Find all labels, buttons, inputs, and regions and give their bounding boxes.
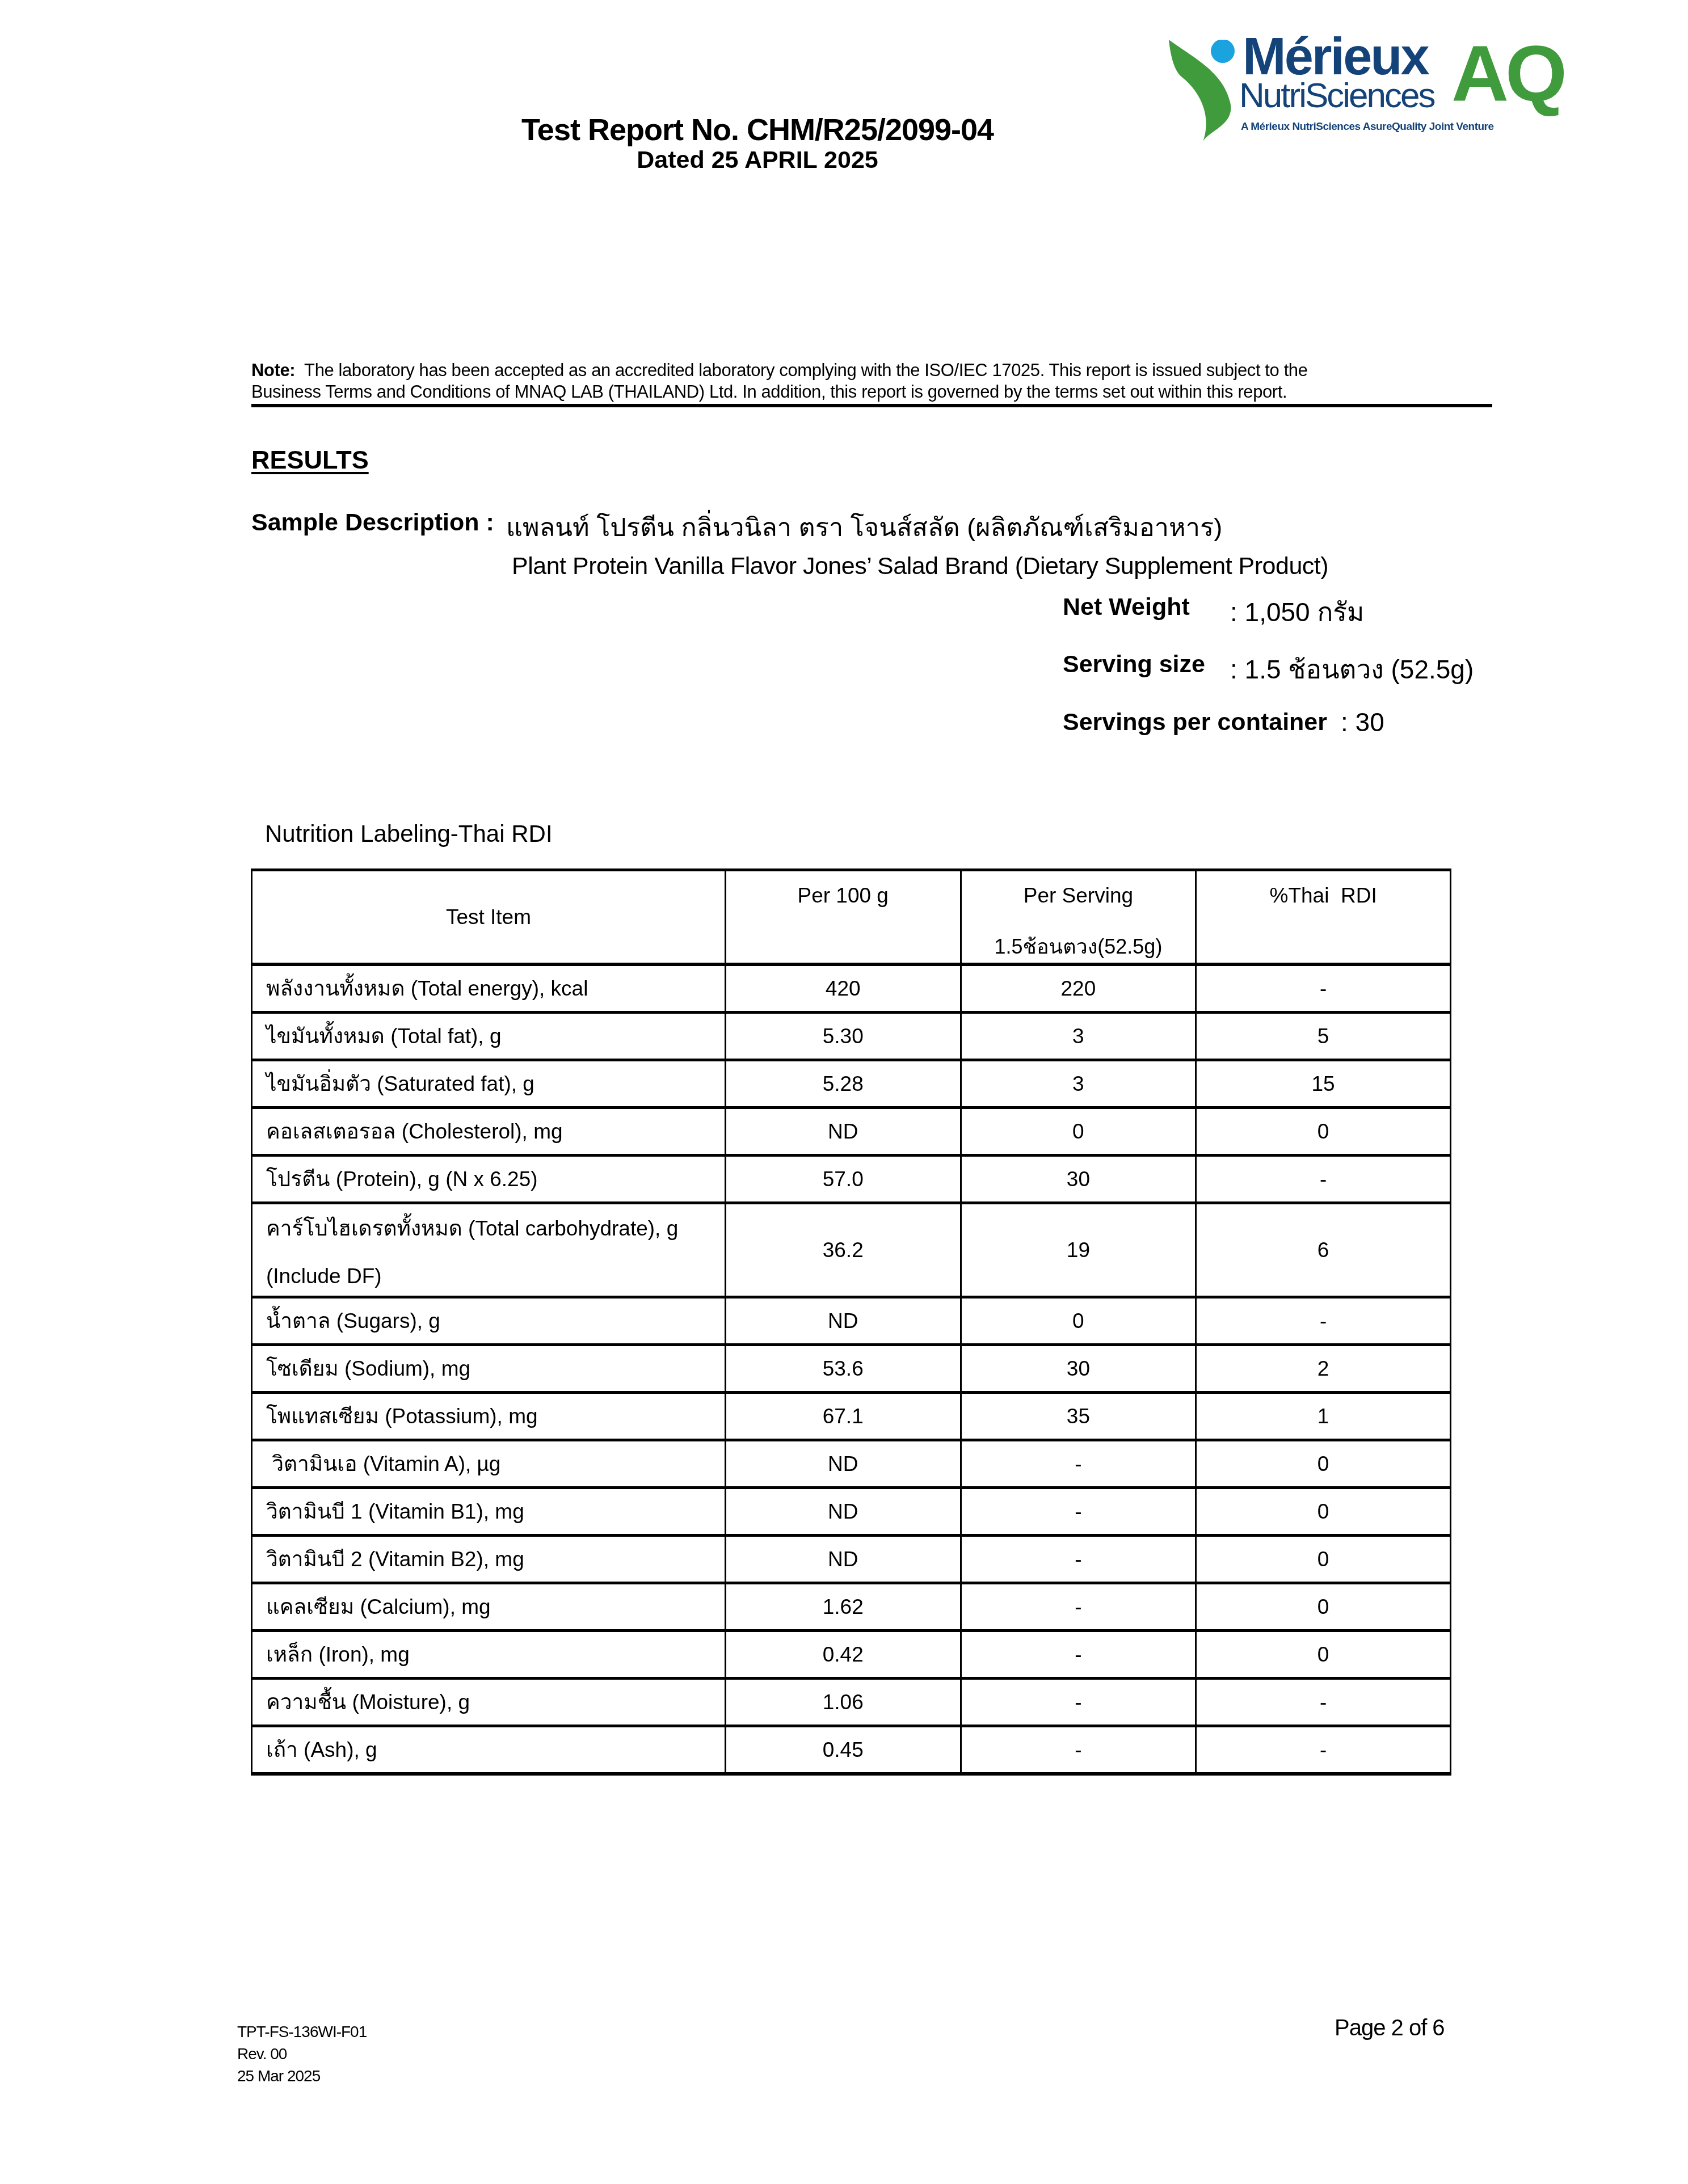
- test-item-name: แคลเซียม (Calcium), mg: [252, 1583, 726, 1631]
- table-row: วิตามินเอ (Vitamin A), µgND-0: [252, 1440, 1451, 1488]
- logo-tagline: A Mérieux NutriSciences AsureQuality Joi…: [1241, 121, 1494, 133]
- test-item-label: คอเลสเตอรอล (Cholesterol), mg: [266, 1120, 563, 1143]
- report-date: Dated 25 APRIL 2025: [494, 146, 1021, 174]
- table-row: โพแทสเซียม (Potassium), mg67.1351: [252, 1393, 1451, 1440]
- sample-description-thai: แพลนท์ โปรตีน กลิ่นวนิลา ตรา โจนส์สลัด (…: [506, 507, 1222, 547]
- sample-description-label: Sample Description :: [251, 509, 494, 537]
- test-item-name: คาร์โบไฮเดรตทั้งหมด (Total carbohydrate)…: [252, 1203, 726, 1297]
- test-item-label: โซเดียม (Sodium), mg: [266, 1357, 470, 1380]
- value-per-serving: -: [961, 1631, 1196, 1679]
- table-row: พลังงานทั้งหมด (Total energy), kcal42022…: [252, 964, 1451, 1013]
- table-caption: Nutrition Labeling-Thai RDI: [265, 820, 553, 848]
- value-thai-rdi: 5: [1196, 1013, 1451, 1060]
- value-thai-rdi: 1: [1196, 1393, 1451, 1440]
- test-item-label: พลังงานทั้งหมด (Total energy), kcal: [266, 977, 588, 1000]
- table-row: เหล็ก (Iron), mg0.42-0: [252, 1631, 1451, 1679]
- thai-rdi-label: %Thai RDI: [1197, 884, 1450, 908]
- table-row: ความชื้น (Moisture), g1.06--: [252, 1679, 1451, 1726]
- nutrition-table: Test Item Per 100 g Per Serving 1.5ช้อนต…: [251, 868, 1451, 1776]
- footer-document-info: TPT-FS-136WI-F01 Rev. 00 25 Mar 2025: [237, 2021, 367, 2087]
- value-per-100g: 420: [725, 964, 961, 1013]
- value-per-100g: 5.28: [725, 1060, 961, 1108]
- test-item-label: ไขมันทั้งหมด (Total fat), g: [266, 1024, 501, 1048]
- value-thai-rdi: -: [1196, 1297, 1451, 1345]
- value-per-100g: 0.45: [725, 1726, 961, 1774]
- test-item-label: เถ้า (Ash), g: [266, 1738, 377, 1761]
- form-code: TPT-FS-136WI-F01: [237, 2021, 367, 2043]
- test-item-name: โซเดียม (Sodium), mg: [252, 1345, 726, 1393]
- company-logo: Mérieux NutriSciences AQ A Mérieux Nutri…: [1169, 34, 1611, 142]
- value-per-serving: 30: [961, 1156, 1196, 1203]
- table-row: โปรตีน (Protein), g (N x 6.25)57.030-: [252, 1156, 1451, 1203]
- value-per-100g: ND: [725, 1108, 961, 1156]
- value-per-100g: ND: [725, 1440, 961, 1488]
- value-thai-rdi: 0: [1196, 1440, 1451, 1488]
- value-per-serving: -: [961, 1440, 1196, 1488]
- col-header-per-serving: Per Serving 1.5ช้อนตวง(52.5g): [961, 870, 1196, 965]
- serving-size-label: Serving size: [1063, 651, 1205, 678]
- value-thai-rdi: -: [1196, 1726, 1451, 1774]
- header-divider: [251, 404, 1492, 407]
- value-per-100g: 0.42: [725, 1631, 961, 1679]
- test-item-name: วิตามินบี 1 (Vitamin B1), mg: [252, 1488, 726, 1536]
- note-label: Note:: [251, 360, 295, 380]
- net-weight-value: : 1,050 กรัม: [1230, 592, 1364, 633]
- per-serving-sublabel: 1.5ช้อนตวง(52.5g): [962, 930, 1196, 963]
- value-per-serving: 35: [961, 1393, 1196, 1440]
- col-header-thai-rdi: %Thai RDI: [1196, 870, 1451, 965]
- value-thai-rdi: 0: [1196, 1536, 1451, 1583]
- value-per-100g: 57.0: [725, 1156, 961, 1203]
- net-weight-label: Net Weight: [1063, 593, 1190, 621]
- note-line1: The laboratory has been accepted as an a…: [304, 360, 1307, 380]
- value-thai-rdi: -: [1196, 1156, 1451, 1203]
- value-per-serving: -: [961, 1726, 1196, 1774]
- value-per-100g: ND: [725, 1536, 961, 1583]
- value-per-100g: 1.62: [725, 1583, 961, 1631]
- per-100g-label: Per 100 g: [726, 884, 960, 908]
- test-item-name: คอเลสเตอรอล (Cholesterol), mg: [252, 1108, 726, 1156]
- test-item-name: ความชื้น (Moisture), g: [252, 1679, 726, 1726]
- results-heading: RESULTS: [251, 445, 369, 475]
- per-serving-label: Per Serving: [962, 884, 1196, 908]
- report-title: Test Report No. CHM/R25/2099-04: [494, 112, 1021, 147]
- test-item-label: ความชื้น (Moisture), g: [266, 1690, 470, 1714]
- test-item-name: เหล็ก (Iron), mg: [252, 1631, 726, 1679]
- logo-brand-line1: Mérieux: [1243, 31, 1428, 83]
- value-per-serving: 3: [961, 1060, 1196, 1108]
- value-per-serving: 0: [961, 1297, 1196, 1345]
- sample-description-english: Plant Protein Vanilla Flavor Jones’ Sala…: [512, 553, 1328, 580]
- logo-brand-suffix: AQ: [1451, 34, 1564, 113]
- page-number: Page 2 of 6: [1335, 2016, 1445, 2041]
- test-item-label: โปรตีน (Protein), g (N x 6.25): [266, 1167, 538, 1191]
- value-per-100g: 36.2: [725, 1203, 961, 1297]
- test-item-label: วิตามินเอ (Vitamin A), µg: [266, 1452, 500, 1475]
- value-thai-rdi: 0: [1196, 1108, 1451, 1156]
- test-item-label: คาร์โบไฮเดรตทั้งหมด (Total carbohydrate)…: [266, 1217, 678, 1240]
- value-per-100g: 5.30: [725, 1013, 961, 1060]
- test-item-name: น้ำตาล (Sugars), g: [252, 1297, 726, 1345]
- table-header-row: Test Item Per 100 g Per Serving 1.5ช้อนต…: [252, 870, 1451, 965]
- test-item-name: โพแทสเซียม (Potassium), mg: [252, 1393, 726, 1440]
- test-item-label: วิตามินบี 1 (Vitamin B1), mg: [266, 1500, 524, 1523]
- value-per-serving: 19: [961, 1203, 1196, 1297]
- table-row: เถ้า (Ash), g0.45--: [252, 1726, 1451, 1774]
- value-per-serving: 0: [961, 1108, 1196, 1156]
- table-row: วิตามินบี 2 (Vitamin B2), mgND-0: [252, 1536, 1451, 1583]
- test-item-name: วิตามินเอ (Vitamin A), µg: [252, 1440, 726, 1488]
- test-item-label: วิตามินบี 2 (Vitamin B2), mg: [266, 1548, 524, 1571]
- test-item-label: ไขมันอิ่มตัว (Saturated fat), g: [266, 1072, 534, 1095]
- value-thai-rdi: 15: [1196, 1060, 1451, 1108]
- table-row: น้ำตาล (Sugars), gND0-: [252, 1297, 1451, 1345]
- accreditation-note: Note: The laboratory has been accepted a…: [251, 360, 1500, 403]
- value-per-serving: 220: [961, 964, 1196, 1013]
- test-item-label: น้ำตาล (Sugars), g: [266, 1309, 440, 1333]
- test-item-name: โปรตีน (Protein), g (N x 6.25): [252, 1156, 726, 1203]
- value-thai-rdi: 0: [1196, 1583, 1451, 1631]
- test-item-name: ไขมันทั้งหมด (Total fat), g: [252, 1013, 726, 1060]
- value-per-serving: 30: [961, 1345, 1196, 1393]
- value-per-100g: ND: [725, 1488, 961, 1536]
- test-item-name: ไขมันอิ่มตัว (Saturated fat), g: [252, 1060, 726, 1108]
- note-line2: Business Terms and Conditions of MNAQ LA…: [251, 382, 1287, 402]
- value-per-100g: 67.1: [725, 1393, 961, 1440]
- table-row: วิตามินบี 1 (Vitamin B1), mgND-0: [252, 1488, 1451, 1536]
- value-per-serving: 3: [961, 1013, 1196, 1060]
- value-thai-rdi: 0: [1196, 1488, 1451, 1536]
- value-thai-rdi: 0: [1196, 1631, 1451, 1679]
- value-thai-rdi: -: [1196, 1679, 1451, 1726]
- value-thai-rdi: 6: [1196, 1203, 1451, 1297]
- revision: Rev. 00: [237, 2043, 367, 2065]
- test-item-label-line2: (Include DF): [266, 1264, 725, 1288]
- test-item-name: วิตามินบี 2 (Vitamin B2), mg: [252, 1536, 726, 1583]
- leaf-dot-logo-icon: [1169, 40, 1243, 142]
- test-item-label: โพแทสเซียม (Potassium), mg: [266, 1405, 538, 1428]
- servings-per-container-label: Servings per container: [1063, 709, 1327, 736]
- servings-per-container-value: : 30: [1341, 707, 1384, 737]
- serving-size-value: : 1.5 ช้อนตวง (52.5g): [1230, 649, 1474, 690]
- col-header-test-item: Test Item: [252, 870, 726, 965]
- value-thai-rdi: 2: [1196, 1345, 1451, 1393]
- revision-date: 25 Mar 2025: [237, 2065, 367, 2087]
- table-row: แคลเซียม (Calcium), mg1.62-0: [252, 1583, 1451, 1631]
- test-item-label: แคลเซียม (Calcium), mg: [266, 1595, 491, 1618]
- table-row: ไขมันอิ่มตัว (Saturated fat), g5.28315: [252, 1060, 1451, 1108]
- value-per-serving: -: [961, 1679, 1196, 1726]
- value-per-serving: -: [961, 1488, 1196, 1536]
- table-row: โซเดียม (Sodium), mg53.6302: [252, 1345, 1451, 1393]
- table-row: ไขมันทั้งหมด (Total fat), g5.3035: [252, 1013, 1451, 1060]
- value-thai-rdi: -: [1196, 964, 1451, 1013]
- test-item-label: เหล็ก (Iron), mg: [266, 1643, 410, 1666]
- table-row: คอเลสเตอรอล (Cholesterol), mgND00: [252, 1108, 1451, 1156]
- value-per-serving: -: [961, 1536, 1196, 1583]
- logo-brand-line2: NutriSciences: [1239, 78, 1434, 113]
- value-per-100g: ND: [725, 1297, 961, 1345]
- value-per-100g: 53.6: [725, 1345, 961, 1393]
- table-row: คาร์โบไฮเดรตทั้งหมด (Total carbohydrate)…: [252, 1203, 1451, 1297]
- test-item-name: พลังงานทั้งหมด (Total energy), kcal: [252, 964, 726, 1013]
- col-header-per-100g: Per 100 g: [725, 870, 961, 965]
- test-item-name: เถ้า (Ash), g: [252, 1726, 726, 1774]
- value-per-100g: 1.06: [725, 1679, 961, 1726]
- value-per-serving: -: [961, 1583, 1196, 1631]
